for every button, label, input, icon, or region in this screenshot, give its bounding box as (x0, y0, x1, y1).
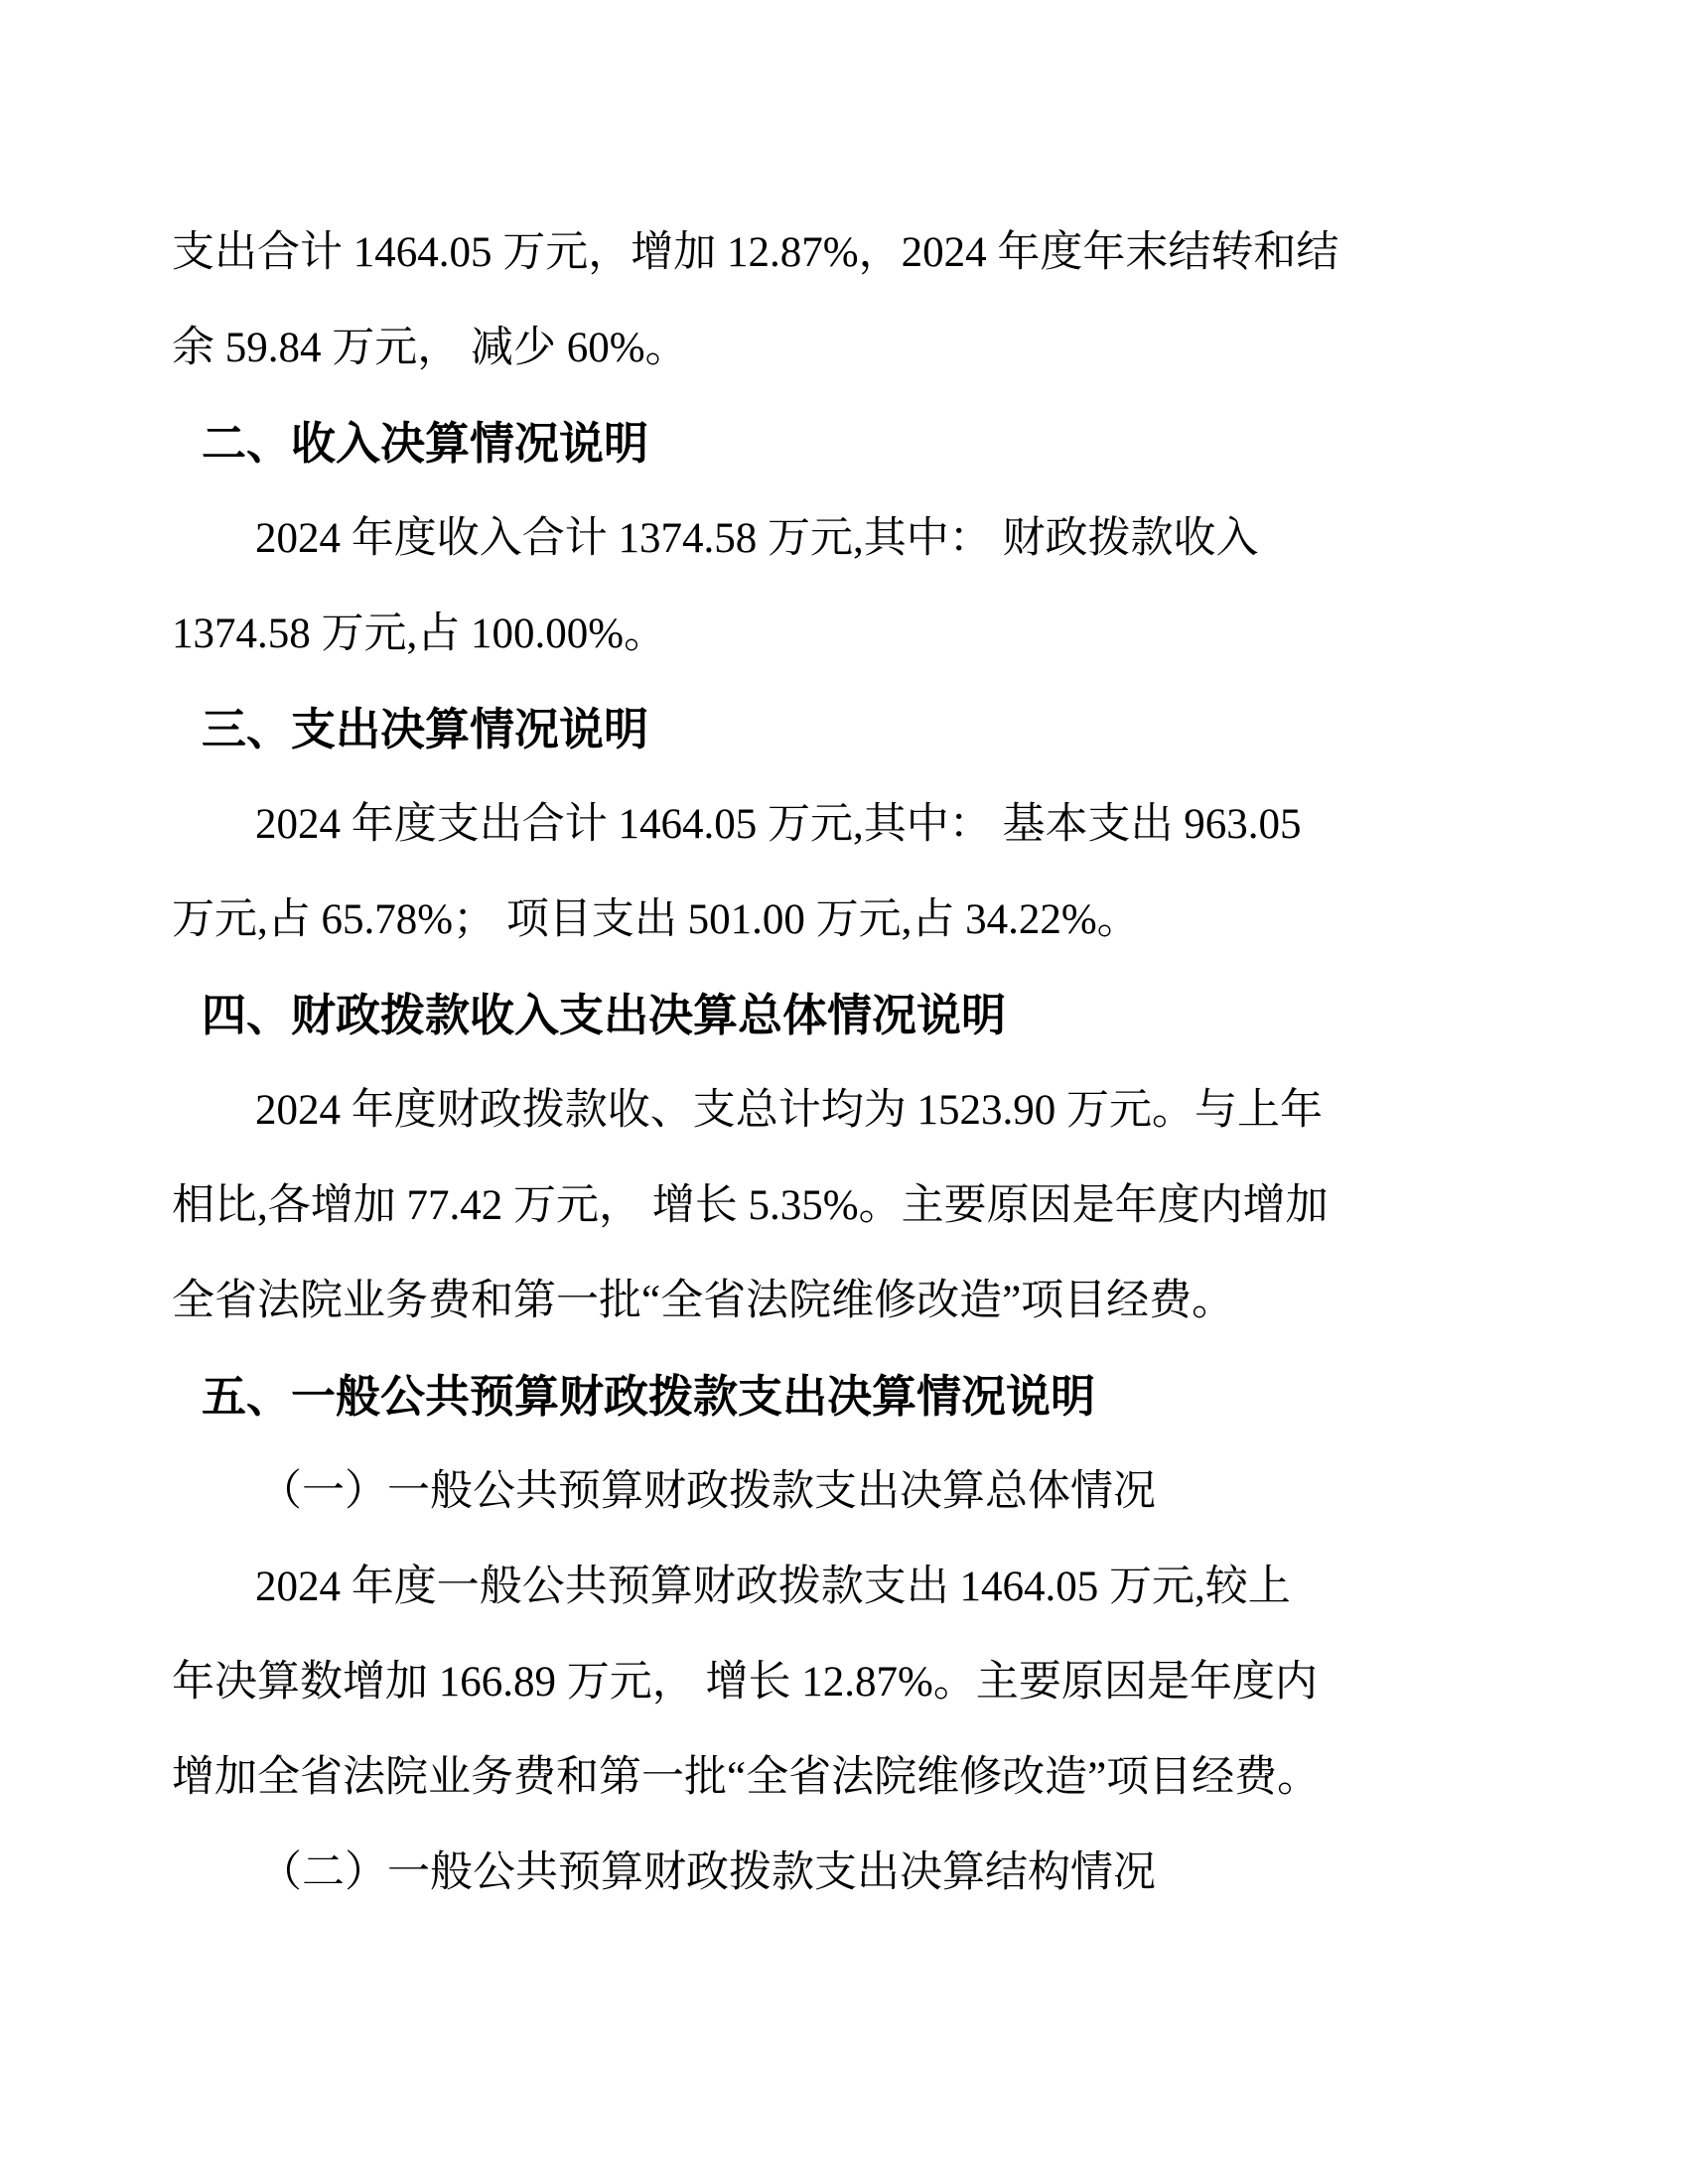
section-heading: 四、财政拨款收入支出决算总体情况说明 (172, 968, 1519, 1063)
body-text-line: 2024 年度财政拨款收、支总计均为 1523.90 万元。与上年 (172, 1063, 1519, 1159)
body-text-line: 万元,占 65.78%； 项目支出 501.00 万元,占 34.22%。 (172, 873, 1519, 968)
section-heading: 二、收入决算情况说明 (172, 396, 1519, 491)
sub-section-heading: （二）一般公共预算财政拨款支出决算结构情况 (172, 1826, 1519, 1921)
body-text-line: 全省法院业务费和第一批“全省法院维修改造”项目经费。 (172, 1254, 1519, 1349)
body-text-line: 相比,各增加 77.42 万元， 增长 5.35%。主要原因是年度内增加 (172, 1159, 1519, 1254)
body-text-line: 1374.58 万元,占 100.00%。 (172, 587, 1519, 682)
section-heading: 五、一般公共预算财政拨款支出决算情况说明 (172, 1349, 1519, 1444)
body-text-line: 余 59.84 万元， 减少 60%。 (172, 301, 1519, 396)
body-text-line: 2024 年度收入合计 1374.58 万元,其中： 财政拨款收入 (172, 491, 1519, 587)
section-heading: 三、支出决算情况说明 (172, 682, 1519, 777)
body-text-line: 支出合计 1464.05 万元，增加 12.87%，2024 年度年末结转和结 (172, 205, 1519, 301)
document-page: 支出合计 1464.05 万元，增加 12.87%，2024 年度年末结转和结余… (0, 0, 1688, 2184)
sub-section-heading: （一）一般公共预算财政拨款支出决算总体情况 (172, 1444, 1519, 1540)
body-text-line: 年决算数增加 166.89 万元， 增长 12.87%。主要原因是年度内 (172, 1635, 1519, 1730)
body-text-line: 2024 年度支出合计 1464.05 万元,其中： 基本支出 963.05 (172, 777, 1519, 873)
body-text-line: 2024 年度一般公共预算财政拨款支出 1464.05 万元,较上 (172, 1540, 1519, 1635)
body-text-line: 增加全省法院业务费和第一批“全省法院维修改造”项目经费。 (172, 1730, 1519, 1826)
